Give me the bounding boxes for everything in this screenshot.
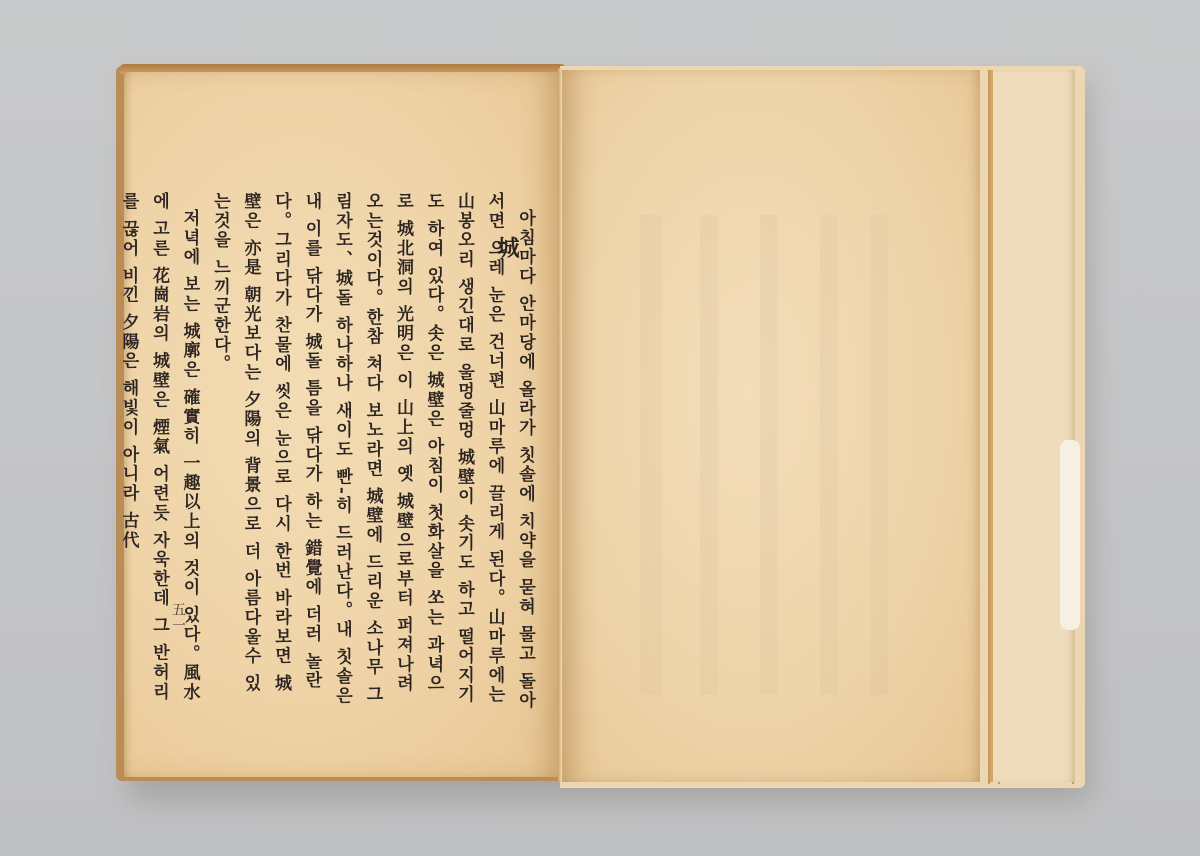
show-through-text: [870, 215, 888, 695]
open-book: ᅠ 城 아침마다 안마당에 올라가 칫솔에 치약을 묻혀 물고 돌아서면 으레 …: [0, 0, 1200, 856]
paragraph: 아침마다 안마당에 올라가 칫솔에 치약을 묻혀 물고 돌아서면 으레 눈은 건…: [205, 192, 541, 712]
paragraph: 저녁에 보는 城廓은 確實히 一趣以上의 것이 있다。風水에 고른 花崗岩의 城…: [113, 192, 205, 712]
show-through-text: [700, 215, 718, 695]
page-number: 五一: [168, 602, 188, 634]
torn-edge: [1060, 440, 1080, 630]
book-spine: [558, 68, 562, 782]
show-through-text: [640, 215, 662, 695]
body-text: 아침마다 안마당에 올라가 칫솔에 치약을 묻혀 물고 돌아서면 으레 눈은 건…: [180, 192, 540, 712]
loose-pages: [990, 70, 1075, 782]
show-through-text: [760, 215, 778, 695]
show-through-text: [820, 215, 838, 695]
show-through-text: ᅠ: [600, 215, 626, 695]
